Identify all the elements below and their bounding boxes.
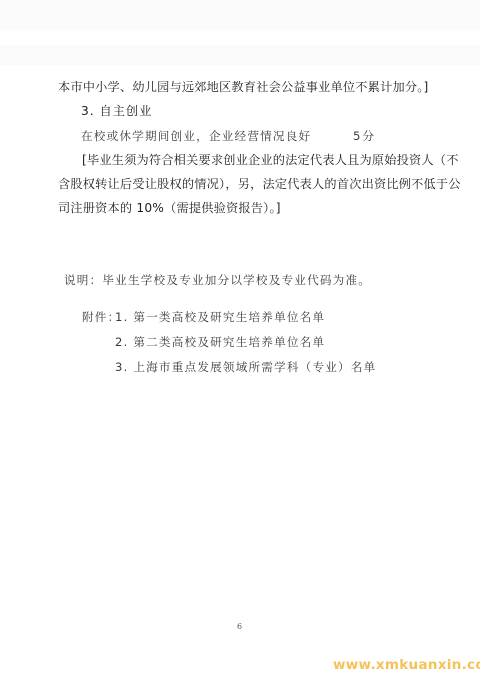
paragraph-continuation: 本市中小学、幼儿园与远郊地区教育社会公益事业单位不累计加分。] [58,79,428,95]
document-page: 本市中小学、幼儿园与远郊地区教育社会公益事业单位不累计加分。] 3. 自主创业 … [0,0,480,680]
attachment-item-3: 3. 上海市重点发展领域所需学科（专业）名单 [115,359,376,375]
faded-top-band-2 [0,45,480,65]
entrepreneurship-item-label: 在校或休学期间创业，企业经营情况良好 [81,128,311,144]
note-line-1: [毕业生须为符合相关要求创业企业的法定代表人且为原始投资人（不 [82,152,459,168]
attachment-item-2: 2. 第二类高校及研究生培养单位名单 [115,334,325,350]
entrepreneurship-item-score: 5分 [353,128,376,144]
watermark-text: www.xmkuanxin.com [333,657,480,673]
explanation-text: 说明：毕业生学校及专业加分以学校及专业代码为准。 [64,272,371,288]
note-line-3: 司注册资本的 10%（需提供验资报告）。] [58,200,281,216]
faded-top-band [0,0,480,30]
page-number: 6 [237,622,242,631]
attachment-item-1: 1. 第一类高校及研究生培养单位名单 [115,309,325,325]
note-line-2: 含股权转让后受让股权的情况），另，法定代表人的首次出资比例不低于公 [58,176,461,192]
section-heading: 3. 自主创业 [81,103,152,119]
